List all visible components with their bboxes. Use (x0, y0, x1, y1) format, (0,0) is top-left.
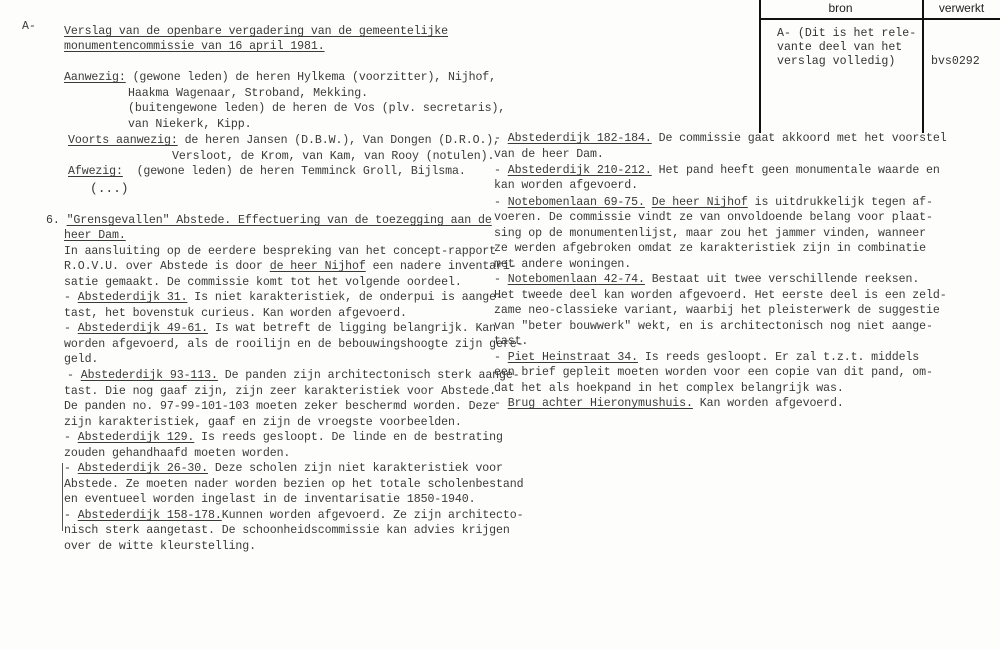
item-ref: Brug achter Hieronymushuis. (508, 397, 693, 410)
item-line: ze werden afgebroken omdat ze karakteris… (494, 241, 926, 256)
header-bron: bron (759, 0, 922, 19)
item-text: Kunnen worden afgevoerd. Ze zijn archite… (222, 509, 524, 522)
item-line: en eventueel worden ingelast in de inven… (64, 492, 475, 507)
item-ref: Notebomenlaan 69-75. (508, 196, 645, 209)
section-heading: 6. "Grensgevallen" Abstede. Effectuering… (46, 213, 492, 228)
item-piet-heinstraat-34: - Piet Heinstraat 34. Is reeds gesloopt.… (494, 350, 919, 365)
item-line: kan worden afgevoerd. (494, 178, 638, 193)
section-number: 6. (46, 214, 60, 227)
item-text: Is reeds gesloopt. De linde en de bestra… (194, 431, 503, 444)
dash: - (494, 132, 508, 145)
item-line: Het tweede deel kan worden afgevoerd. He… (494, 288, 947, 303)
item-ref: Abstederdijk 129. (78, 431, 195, 444)
source-table: bron verwerkt A- (Dit is het rele- vante… (759, 0, 1000, 133)
item-text: Is niet karakteristiek, de onderpui is a… (187, 291, 502, 304)
item-line: tast. Die nog gaaf zijn, zijn zeer karak… (64, 384, 496, 399)
item-ref: Abstederdijk 210-212. (508, 164, 652, 177)
item-ref: Abstederdijk 182-184. (508, 132, 652, 145)
also-present-line-2: Versloot, de Krom, van Kam, van Rooy (no… (172, 149, 494, 164)
item-line: worden afgevoerd, als de rooilijn en de … (64, 337, 523, 352)
item-line: van "beter bouwwerk" wekt, en is archite… (494, 319, 933, 334)
item-text: Het pand heeft geen monumentale waarde e… (652, 164, 940, 177)
item-ref-nijhof: De heer Nijhof (652, 196, 748, 209)
header-verwerkt: verwerkt (923, 0, 1000, 19)
item-abstederdijk-182-184: - Abstederdijk 182-184. De commissie gaa… (494, 131, 947, 146)
intro-text-a: R.O.V.U. over Abstede is door (64, 260, 270, 273)
also-present-label: Voorts aanwezig: (68, 134, 178, 147)
item-abstederdijk-49-61: - Abstederdijk 49-61. Is wat betreft de … (64, 321, 496, 336)
dash: - (494, 351, 508, 364)
item-abstederdijk-158-178: - Abstederdijk 158-178.Kunnen worden afg… (64, 508, 523, 523)
intro-name-nijhof: de heer Nijhof (270, 260, 366, 273)
margin-label: A- (22, 20, 36, 33)
margin-mark-line (62, 463, 63, 531)
item-line: Abstede. Ze moeten nader worden bezien o… (64, 477, 523, 492)
section-heading-line-1: "Grensgevallen" Abstede. Effectuering va… (67, 214, 492, 227)
ellipsis: (...) (90, 181, 129, 196)
item-abstederdijk-31: - Abstederdijk 31. Is niet karakteristie… (64, 290, 503, 305)
intro-line-1: In aansluiting op de eerdere bespreking … (64, 244, 496, 259)
item-line: sing op de monumentenlijst, maar zou het… (494, 226, 926, 241)
dash: - (64, 291, 78, 304)
dash: - (64, 322, 78, 335)
item-line: tast, het bovenstuk curieus. Kan worden … (64, 306, 407, 321)
item-line: met andere woningen. (494, 257, 631, 272)
item-text: De panden zijn architectonisch sterk aan… (218, 369, 520, 382)
item-abstederdijk-210-212: - Abstederdijk 210-212. Het pand heeft g… (494, 163, 940, 178)
title-line-2: monumentencommissie van 16 april 1981. (64, 39, 325, 54)
item-line: dat het als hoekpand in het complex bela… (494, 381, 844, 396)
item-line: De panden no. 97-99-101-103 moeten zeker… (64, 399, 496, 414)
present-text: (gewone leden) de heren Hylkema (voorzit… (126, 71, 496, 84)
item-ref: Notebomenlaan 42-74. (508, 273, 645, 286)
item-text: De commissie gaat akkoord met het voorst… (652, 132, 947, 145)
section-heading-line-2: heer Dam. (64, 228, 126, 243)
dash: - (494, 196, 508, 209)
item-ref: Abstederdijk 26-30. (78, 462, 208, 475)
item-abstederdijk-129: - Abstederdijk 129. Is reeds gesloopt. D… (64, 430, 503, 445)
item-notebomenlaan-69-75: - Notebomenlaan 69-75. De heer Nijhof is… (494, 195, 933, 210)
item-text: Deze scholen zijn niet karakteristiek vo… (208, 462, 503, 475)
dash: - (64, 509, 78, 522)
item-brug-achter-hieronymushuis: - Brug achter Hieronymushuis. Kan worden… (494, 396, 844, 411)
item-ref: Abstederdijk 49-61. (78, 322, 208, 335)
item-line: over de witte kleurstelling. (64, 539, 256, 554)
absent-label: Afwezig: (68, 165, 123, 178)
intro-line-3: satie gemaakt. De commissie komt tot het… (64, 275, 462, 290)
document-page: bron verwerkt A- (Dit is het rele- vante… (0, 0, 1000, 649)
item-ref: Piet Heinstraat 34. (508, 351, 638, 364)
item-abstederdijk-26-30: - Abstederdijk 26-30. Deze scholen zijn … (64, 461, 503, 476)
present-label: Aanwezig: (64, 71, 126, 84)
present-line-3: (buitengewone leden) de heren de Vos (pl… (128, 101, 505, 116)
item-abstederdijk-93-113: - Abstederdijk 93-113. De panden zijn ar… (67, 368, 520, 383)
item-text: Is reeds gesloopt. Er zal t.z.t. middels (638, 351, 919, 364)
dash: - (67, 369, 81, 382)
absent-text: (gewone leden) de heren Temminck Groll, … (123, 165, 466, 178)
also-present-text: de heren Jansen (D.B.W.), Van Dongen (D.… (178, 134, 500, 147)
dash: - (494, 397, 508, 410)
verwerkt-code: bvs0292 (931, 55, 980, 69)
item-line: voeren. De commissie vindt ze van onvold… (494, 210, 933, 225)
item-line: een brief gepleit moeten worden voor een… (494, 365, 933, 380)
item-text: is uitdrukkelijk tegen af- (748, 196, 933, 209)
table-border-middle (922, 0, 924, 133)
intro-line-2: R.O.V.U. over Abstede is door de heer Ni… (64, 259, 517, 274)
item-ref: Abstederdijk 158-178. (78, 509, 222, 522)
bron-line-3: verslag volledig) (777, 55, 895, 69)
also-present-row: Voorts aanwezig: de heren Jansen (D.B.W.… (68, 133, 500, 148)
item-line: zouden gehandhaafd moeten worden. (64, 446, 290, 461)
present-line-4: van Niekerk, Kipp. (128, 117, 251, 132)
dash: - (64, 431, 78, 444)
item-notebomenlaan-42-74: - Notebomenlaan 42-74. Bestaat uit twee … (494, 272, 919, 287)
item-line: van de heer Dam. (494, 147, 604, 162)
item-text: Kan worden afgevoerd. (693, 397, 844, 410)
present-line-2: Haakma Wagenaar, Stroband, Mekking. (128, 86, 368, 101)
item-ref: Abstederdijk 31. (78, 291, 188, 304)
item-text: Bestaat uit twee verschillende reeksen. (645, 273, 919, 286)
item-line: zijn karakteristiek, gaaf en zijn de vro… (64, 415, 462, 430)
dash: - (494, 164, 508, 177)
table-border-left (759, 0, 761, 133)
dash: - (494, 273, 508, 286)
item-ref: Abstederdijk 93-113. (81, 369, 218, 382)
item-line: zame neo-classieke variant, waarbij het … (494, 303, 940, 318)
item-line: geld. (64, 352, 98, 367)
dash: - (64, 462, 78, 475)
bron-line-1: A- (Dit is het rele- (777, 27, 916, 41)
bron-line-2: vante deel van het (777, 41, 902, 55)
item-line: tast. (494, 334, 528, 349)
item-line: nisch sterk aangetast. De schoonheidscom… (64, 523, 510, 538)
present-row: Aanwezig: (gewone leden) de heren Hylkem… (64, 70, 496, 85)
absent-row: Afwezig: (gewone leden) de heren Temminc… (68, 164, 466, 179)
item-text: Is wat betreft de ligging belangrijk. Ka… (208, 322, 496, 335)
title-line-1: Verslag van de openbare vergadering van … (64, 24, 448, 39)
